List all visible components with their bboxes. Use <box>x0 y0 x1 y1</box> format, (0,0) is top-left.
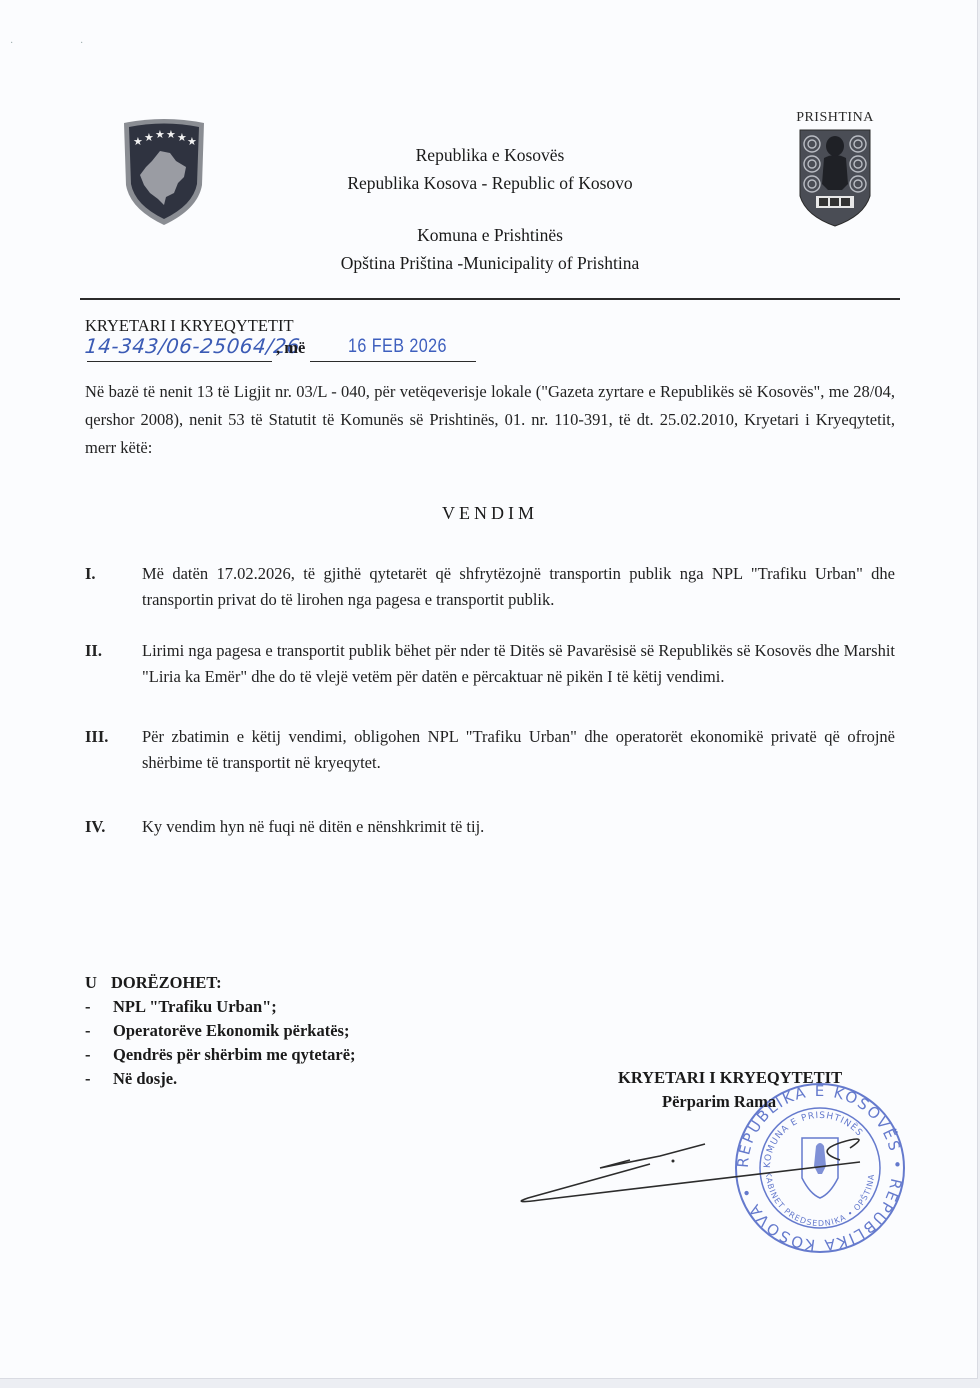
item-number: II. <box>85 638 102 664</box>
prishtina-coat-of-arms-icon <box>798 128 872 228</box>
item-text: Më datën 17.02.2026, të gjithë qytetarët… <box>142 561 895 613</box>
svg-text:★: ★ <box>187 135 197 148</box>
svg-text:★: ★ <box>144 131 154 144</box>
signatory-role: KRYETARI I KRYEQYTETIT <box>618 1066 900 1090</box>
document-title: VENDIM <box>0 503 980 524</box>
decision-item: II. Lirimi nga pagesa e transportit publ… <box>85 638 895 690</box>
recipient-item: -Qendrës për shërbim me qytetarë; <box>85 1043 356 1067</box>
svg-text:★: ★ <box>155 128 165 141</box>
svg-text:★: ★ <box>133 135 143 148</box>
decision-item: IV. Ky vendim hyn në fuqi në ditën e nën… <box>85 814 895 840</box>
legal-basis-paragraph: Në bazë të nenit 13 të Ligjit nr. 03/L -… <box>85 378 895 462</box>
municipality-sq: Komuna e Prishtinës <box>250 221 730 249</box>
item-number: III. <box>85 724 108 750</box>
decision-item: III. Për zbatimin e këtij vendimi, oblig… <box>85 724 895 776</box>
recipient-text: Operatorëve Ekonomik përkatës; <box>113 1021 349 1040</box>
scan-speck: · <box>10 38 13 49</box>
protocol-underline <box>87 361 272 362</box>
bullet-dash: - <box>85 1019 113 1043</box>
signatory-name: Përparim Rama <box>662 1090 900 1114</box>
recipient-text: Në dosje. <box>113 1069 177 1088</box>
bullet-dash: - <box>85 995 113 1019</box>
bullet-dash: - <box>85 1067 113 1091</box>
svg-text:★: ★ <box>166 128 176 141</box>
document-page: ★ ★ ★ ★ ★ ★ PRISHTINA <box>0 0 978 1379</box>
emblem-label: PRISHTINA <box>792 110 878 126</box>
handwritten-signature <box>510 1120 890 1210</box>
distribution-heading: UDORËZOHET: <box>85 971 356 995</box>
date-underline <box>310 361 476 362</box>
header-divider <box>80 298 900 300</box>
recipient-text: NPL "Trafiku Urban"; <box>113 997 277 1016</box>
municipality-multi: Opština Priština -Municipality of Prisht… <box>250 249 730 277</box>
recipient-item: -Në dosje. <box>85 1067 356 1091</box>
item-text: Ky vendim hyn në fuqi në ditën e nënshkr… <box>142 814 895 840</box>
item-text: Për zbatimin e këtij vendimi, obligohen … <box>142 724 895 776</box>
scan-speck: · <box>80 38 83 49</box>
recipient-text: Qendrës për shërbim me qytetarë; <box>113 1045 356 1064</box>
item-number: IV. <box>85 814 105 840</box>
distribution-title: DORËZOHET: <box>111 973 222 992</box>
item-text: Lirimi nga pagesa e transportit publik b… <box>142 638 895 690</box>
municipality-heading: Komuna e Prishtinës Opština Priština -Mu… <box>250 221 730 277</box>
republic-multi: Republika Kosova - Republic of Kosovo <box>250 169 730 197</box>
kosovo-coat-of-arms-icon: ★ ★ ★ ★ ★ ★ <box>120 115 208 227</box>
prishtina-coat-of-arms: PRISHTINA <box>792 110 878 230</box>
distribution-prefix: U <box>85 971 111 995</box>
distribution-list: UDORËZOHET: -NPL "Trafiku Urban"; -Opera… <box>85 971 356 1091</box>
state-heading: Republika e Kosovës Republika Kosova - R… <box>250 141 730 197</box>
recipient-item: -Operatorëve Ekonomik përkatës; <box>85 1019 356 1043</box>
signature-block: KRYETARI I KRYEQYTETIT Përparim Rama <box>600 1066 900 1114</box>
reference-line: 14-343/06-25064/26 , më 16 FEB 2026 <box>85 334 505 364</box>
republic-sq: Republika e Kosovës <box>250 141 730 169</box>
decision-item: I. Më datën 17.02.2026, të gjithë qyteta… <box>85 561 895 613</box>
date-stamp: 16 FEB 2026 <box>348 336 447 358</box>
svg-text:★: ★ <box>177 131 187 144</box>
issuing-office: KRYETARI I KRYEQYTETIT <box>85 316 294 336</box>
item-number: I. <box>85 561 96 587</box>
recipient-item: -NPL "Trafiku Urban"; <box>85 995 356 1019</box>
bullet-dash: - <box>85 1043 113 1067</box>
handwritten-protocol-number: 14-343/06-25064/26 <box>84 334 302 358</box>
date-prefix: , më <box>276 338 305 358</box>
